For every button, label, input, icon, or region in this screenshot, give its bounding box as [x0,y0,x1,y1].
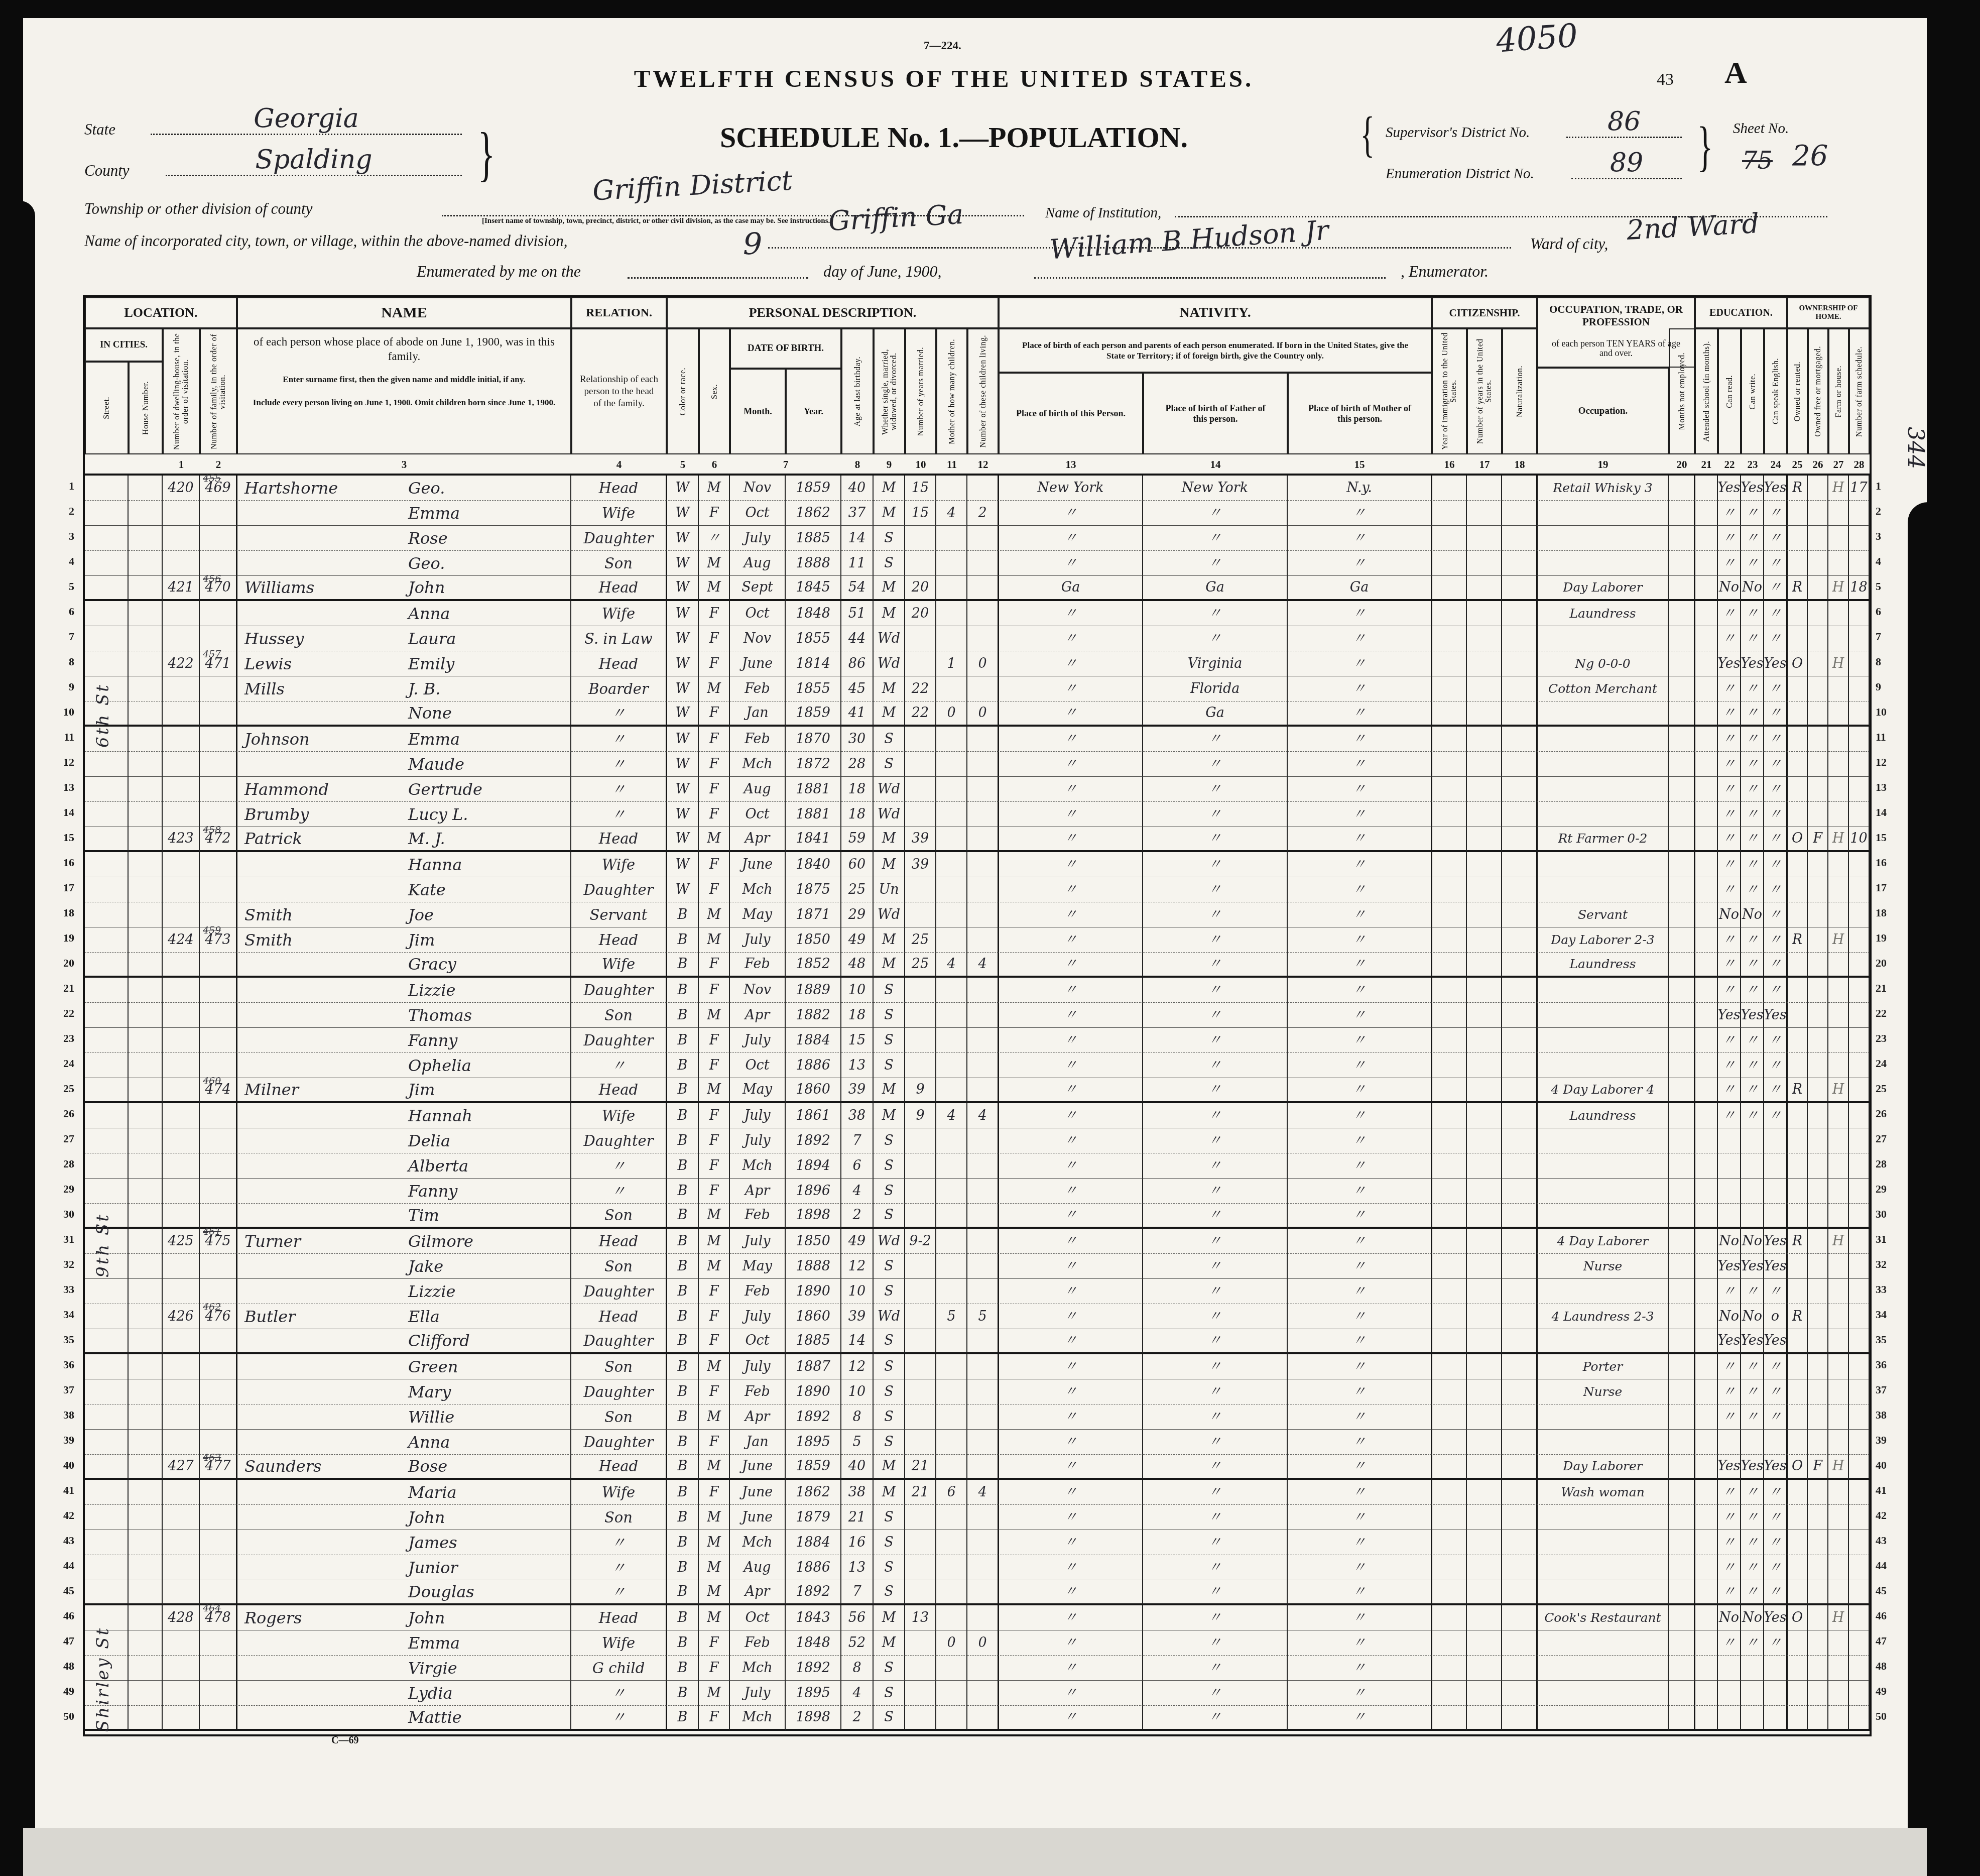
cell-farm-schedule [1849,1455,1870,1480]
cell-birth-month: June [730,1455,786,1480]
cell-street [85,1304,129,1329]
cell-dwelling-number [163,877,200,902]
cell-attended-school [1694,927,1718,953]
cell-marital-status: M [874,676,905,701]
cell-birth-month: July [730,1354,786,1379]
cell-color: B [666,1630,699,1656]
cell-mother-of-children [936,601,967,626]
cell-can-read: 〃 [1718,1078,1741,1103]
cell-house-number [129,526,163,551]
cell-birth-year: 1861 [786,1103,841,1128]
cell-owned-rented [1786,877,1808,902]
cell-house-number [129,1078,163,1103]
cell-years-in-us [1467,551,1502,576]
cell-children-living [967,902,999,927]
cell-farm-or-house [1828,1329,1849,1354]
table-row: Lydia〃BMJuly18954S〃〃〃 [85,1681,1870,1706]
cell-color: B [666,978,699,1003]
cell-children-living [967,1003,999,1028]
cell-family-number: 461475 [200,1229,237,1254]
row-number-left: 16 [52,856,74,869]
cell-can-write: 〃 [1741,1404,1764,1430]
cell-birth-year: 1888 [786,1254,841,1279]
cell-farm-schedule [1849,1153,1870,1179]
cell-house-number [129,1379,163,1404]
cell-birthplace: 〃 [998,1379,1143,1404]
cell-color: W [666,877,699,902]
cell-naturalization [1502,1179,1537,1204]
cell-name: Gracy [236,953,571,978]
cell-can-read: 〃 [1718,1555,1741,1580]
row-number-right: 48 [1876,1660,1906,1673]
table-row: 420455469HartshorneGeo.HeadWMNov185940M1… [85,476,1870,501]
cell-farm-schedule [1849,1656,1870,1681]
cell-color: B [666,1204,699,1229]
cell-birthplace: 〃 [998,1530,1143,1555]
cell-attended-school [1694,576,1718,601]
cell-months-not-employed [1669,1404,1695,1430]
cell-relation: Son [571,1354,667,1379]
header-col28: Number of farm schedule. [1849,328,1870,454]
cell-occupation: Rt Farmer 0-2 [1536,827,1669,852]
cell-birth-month: Jan [730,701,786,727]
cell-marital-status: M [874,1078,905,1103]
cell-can-write [1741,1204,1764,1229]
cell-birth-year: 1860 [786,1078,841,1103]
cell-naturalization [1502,526,1537,551]
cell-can-speak-english [1764,1430,1787,1455]
cell-birth-month: Feb [730,676,786,701]
cell-father-birthplace: 〃 [1143,877,1288,902]
cell-naturalization [1502,1254,1537,1279]
header-name-sub: of each person whose place of abode on J… [237,328,571,454]
cell-naturalization [1502,1103,1537,1128]
cell-name: Virgie [236,1656,571,1681]
cell-birthplace: 〃 [998,1304,1143,1329]
cell-age: 38 [841,1480,874,1505]
cell-farm-schedule [1849,651,1870,676]
cell-attended-school [1694,1656,1718,1681]
cell-owned-rented [1786,902,1808,927]
cell-attended-school [1694,1103,1718,1128]
cell-color: B [666,1430,699,1455]
cell-mother-of-children: 0 [936,701,967,727]
cell-age: 49 [841,1229,874,1254]
cell-dwelling-number [163,526,200,551]
table-row: ThomasSonBMApr188218S〃〃〃YesYesYes [85,1003,1870,1028]
supervisors-district-value: 86 [1607,106,1641,137]
cell-age: 13 [841,1555,874,1580]
cell-name: Anna [236,601,571,626]
cell-birth-year: 1855 [786,626,841,651]
cell-years-married [905,877,936,902]
cell-owned-free-mortgaged [1808,1430,1828,1455]
cell-children-living: 0 [967,651,999,676]
cell-relation: Son [571,1003,667,1028]
sheet-label: Sheet No. [1733,121,1789,137]
cell-house-number [129,877,163,902]
cell-father-birthplace: 〃 [1143,1530,1288,1555]
cell-farm-schedule [1849,1681,1870,1706]
cell-owned-rented [1786,501,1808,526]
cell-immigration-year [1431,1204,1467,1229]
cell-years-in-us [1467,1530,1502,1555]
table-row: AnnaDaughterBFJan18955S〃〃〃 [85,1430,1870,1455]
cell-can-write: 〃 [1741,1379,1764,1404]
cell-relation: 〃 [571,1555,667,1580]
cell-birthplace: 〃 [998,1580,1143,1605]
cell-can-read: 〃 [1718,1505,1741,1530]
cell-farm-or-house [1828,1204,1849,1229]
cell-owned-free-mortgaged [1808,727,1828,752]
cell-relation: 〃 [571,1681,667,1706]
cell-sex: F [699,1656,730,1681]
cell-family-number [200,978,237,1003]
cell-can-speak-english: 〃 [1764,1580,1787,1605]
cell-can-speak-english: 〃 [1764,1630,1787,1656]
cell-owned-free-mortgaged [1808,852,1828,877]
cell-attended-school [1694,701,1718,727]
cell-attended-school [1694,1153,1718,1179]
column-number: 2 [216,458,221,471]
cell-mother-of-children [936,1128,967,1153]
cell-father-birthplace: 〃 [1143,1430,1288,1455]
cell-mother-of-children [936,1354,967,1379]
cell-mother-birthplace: 〃 [1288,1430,1432,1455]
cell-birth-year: 1859 [786,701,841,727]
cell-immigration-year [1431,1128,1467,1153]
cell-owned-rented [1786,1179,1808,1204]
cell-children-living [967,676,999,701]
cell-marital-status: S [874,1681,905,1706]
cell-family-number [200,1681,237,1706]
cell-mother-of-children: 4 [936,1103,967,1128]
cell-owned-rented [1786,1706,1808,1731]
cell-farm-or-house [1828,1003,1849,1028]
cell-immigration-year [1431,727,1467,752]
cell-birthplace: 〃 [998,1480,1143,1505]
cell-naturalization [1502,1605,1537,1630]
cell-years-in-us [1467,601,1502,626]
cell-attended-school [1694,1179,1718,1204]
cell-family-number: 458472 [200,827,237,852]
cell-months-not-employed [1669,877,1695,902]
cell-house-number [129,1580,163,1605]
margin-note: 344 [1903,427,1928,469]
cell-color: B [666,1530,699,1555]
table-row: VirgieG childBFMch18928S〃〃〃 [85,1656,1870,1681]
row-number-right: 17 [1876,881,1906,894]
cell-birth-month: Feb [730,1630,786,1656]
cell-age: 48 [841,953,874,978]
sheet-number: 26 [1792,140,1828,172]
cell-sex: F [699,701,730,727]
cell-birth-year: 1886 [786,1555,841,1580]
page-number-printed: 43 [1657,70,1674,89]
column-number: 20 [1677,458,1687,471]
cell-house-number [129,1430,163,1455]
cell-can-write: 〃 [1741,526,1764,551]
cell-color: B [666,1103,699,1128]
cell-father-birthplace: 〃 [1143,551,1288,576]
cell-can-write: Yes [1741,1003,1764,1028]
cell-owned-rented [1786,1053,1808,1078]
enumerated-mid: day of June, 1900, [823,262,942,281]
cell-name: Emma [236,501,571,526]
cell-marital-status: S [874,1279,905,1304]
cell-age: 13 [841,1053,874,1078]
cell-can-read: 〃 [1718,877,1741,902]
cell-can-write [1741,1128,1764,1153]
cell-father-birthplace: 〃 [1143,1304,1288,1329]
cell-house-number [129,852,163,877]
cell-children-living [967,1204,999,1229]
cell-sex: F [699,626,730,651]
cell-birth-year: 1887 [786,1354,841,1379]
table-row: 460474MilnerJimHeadBMMay186039M9〃〃〃4 Day… [85,1078,1870,1103]
cell-months-not-employed [1669,1379,1695,1404]
cell-years-in-us [1467,1003,1502,1028]
cell-owned-free-mortgaged [1808,1706,1828,1731]
cell-birth-month: Mch [730,1706,786,1731]
cell-street [85,1053,129,1078]
cell-birth-month: July [730,927,786,953]
cell-occupation [1536,526,1669,551]
cell-dwelling-number: 424 [163,927,200,953]
cell-birth-year: 1841 [786,827,841,852]
table-row: James〃BMMch188416S〃〃〃〃〃〃 [85,1530,1870,1555]
cell-color: B [666,953,699,978]
cell-birthplace: 〃 [998,978,1143,1003]
cell-name: John [236,1505,571,1530]
district-brace-left: { [1360,105,1375,163]
cell-naturalization [1502,1053,1537,1078]
cell-house-number [129,1455,163,1480]
row-number-left: 4 [52,555,74,568]
cell-farm-schedule [1849,601,1870,626]
cell-can-write: 〃 [1741,1103,1764,1128]
supervisors-district-label: Supervisor's District No. [1386,125,1530,141]
row-number-right: 28 [1876,1157,1906,1170]
cell-children-living [967,752,999,777]
cell-relation: Son [571,551,667,576]
cell-house-number [129,902,163,927]
row-number-left: 13 [52,781,74,794]
cell-mother-birthplace: 〃 [1288,752,1432,777]
header-house-number: House Number. [129,362,163,454]
cell-relation: Head [571,1605,667,1630]
cell-can-read: Yes [1718,1254,1741,1279]
cell-mother-birthplace: 〃 [1288,676,1432,701]
cell-relation: Son [571,1404,667,1430]
cell-can-speak-english: 〃 [1764,1028,1787,1053]
cell-immigration-year [1431,1555,1467,1580]
cell-naturalization [1502,626,1537,651]
column-number: 24 [1771,458,1781,471]
cell-attended-school [1694,1329,1718,1354]
cell-house-number [129,1630,163,1656]
row-number-left: 2 [52,505,74,518]
row-number-right: 40 [1876,1459,1906,1472]
cell-occupation [1536,1580,1669,1605]
dwelling-col-label: Number of dwelling-house, in the order o… [173,331,190,452]
cell-house-number [129,1304,163,1329]
cell-mother-birthplace: 〃 [1288,852,1432,877]
cell-color: B [666,1078,699,1103]
cell-mother-birthplace: 〃 [1288,877,1432,902]
header-name: NAME [237,297,571,328]
cell-family-number [200,526,237,551]
cell-color: W [666,676,699,701]
cell-years-married [905,551,936,576]
cell-owned-rented [1786,1204,1808,1229]
cell-owned-free-mortgaged [1808,1354,1828,1379]
cell-years-in-us [1467,1379,1502,1404]
cell-farm-schedule [1849,1179,1870,1204]
cell-name: HartshorneGeo. [236,476,571,501]
cell-can-speak-english: 〃 [1764,752,1787,777]
cell-sex: F [699,1329,730,1354]
cell-street [85,877,129,902]
cell-months-not-employed [1669,1179,1695,1204]
family-col-label: Number of family, in the order of visita… [210,331,227,452]
cell-dwelling-number [163,1379,200,1404]
cell-naturalization [1502,651,1537,676]
cell-mother-of-children [936,1279,967,1304]
cell-mother-birthplace: 〃 [1288,727,1432,752]
cell-months-not-employed [1669,1103,1695,1128]
cell-relation: Wife [571,1480,667,1505]
cell-months-not-employed [1669,1153,1695,1179]
cell-can-speak-english: 〃 [1764,1053,1787,1078]
page-title: TWELFTH CENSUS OF THE UNITED STATES. [0,64,1888,93]
row-number-left: 47 [52,1634,74,1648]
cell-birthplace: 〃 [998,651,1143,676]
cell-attended-school [1694,551,1718,576]
cell-owned-rented: R [1786,1229,1808,1254]
column-number: 19 [1598,458,1608,471]
cell-father-birthplace: 〃 [1143,727,1288,752]
cell-family-number [200,676,237,701]
cell-occupation [1536,626,1669,651]
row-number-left: 9 [52,680,74,693]
cell-children-living [967,1053,999,1078]
cell-birth-year: 1892 [786,1128,841,1153]
header-col14: Place of birth of Father of this person. [1143,373,1288,454]
cell-children-living [967,576,999,601]
cell-naturalization [1502,501,1537,526]
cell-sex: M [699,1229,730,1254]
cell-years-married: 9-2 [905,1229,936,1254]
cell-age: 14 [841,526,874,551]
cell-children-living [967,1580,999,1605]
cell-name: HammondGertrude [236,777,571,802]
cell-mother-of-children [936,1555,967,1580]
row-number-right: 21 [1876,982,1906,995]
cell-name: Fanny [236,1179,571,1204]
row-number-right: 27 [1876,1132,1906,1145]
cell-name: Lizzie [236,978,571,1003]
cell-years-married [905,1354,936,1379]
row-number-right: 1 [1876,480,1906,493]
cell-mother-birthplace: 〃 [1288,1229,1432,1254]
row-number-right: 35 [1876,1333,1906,1346]
children-living-col-label: Number of these children living. [979,335,987,447]
cell-sex: F [699,978,730,1003]
cell-name: Maria [236,1480,571,1505]
cell-family-number [200,501,237,526]
cell-farm-schedule [1849,1028,1870,1053]
cell-mother-of-children: 4 [936,501,967,526]
table-row: None〃WFJan185941M2200〃Ga〃〃〃〃 [85,701,1870,727]
cell-name: SmithJim [236,927,571,953]
cell-years-married: 39 [905,827,936,852]
cell-dwelling-number [163,1128,200,1153]
cell-naturalization [1502,1329,1537,1354]
cell-years-married [905,1555,936,1580]
cell-birth-year: 1896 [786,1179,841,1204]
cell-farm-or-house [1828,701,1849,727]
row-number-left: 20 [52,957,74,970]
cell-color: W [666,501,699,526]
cell-months-not-employed [1669,1455,1695,1480]
table-row: MariaWifeBFJune186238M2164〃〃〃Wash woman〃… [85,1480,1870,1505]
cell-color: B [666,1153,699,1179]
cell-can-read: 〃 [1718,1530,1741,1555]
cell-occupation: Wash woman [1536,1480,1669,1505]
cell-can-speak-english: 〃 [1764,1480,1787,1505]
cell-can-write [1741,1179,1764,1204]
cell-street [85,902,129,927]
cell-farm-schedule [1849,802,1870,827]
cell-attended-school [1694,1404,1718,1430]
cell-age: 52 [841,1630,874,1656]
cell-years-in-us [1467,626,1502,651]
cell-occupation: Day Laborer 2-3 [1536,927,1669,953]
cell-dwelling-number [163,1028,200,1053]
cell-house-number [129,1103,163,1128]
cell-farm-or-house [1828,1430,1849,1455]
header-street: Street. [85,362,129,454]
cell-can-write: No [1741,902,1764,927]
cell-sex: F [699,1480,730,1505]
cell-birthplace: 〃 [998,1656,1143,1681]
cell-street [85,1103,129,1128]
cell-attended-school [1694,601,1718,626]
cell-owned-free-mortgaged [1808,1530,1828,1555]
cell-house-number [129,1028,163,1053]
row-number-left: 45 [52,1584,74,1597]
cell-farm-schedule [1849,1053,1870,1078]
cell-owned-free-mortgaged [1808,576,1828,601]
cell-immigration-year [1431,777,1467,802]
cell-marital-status: S [874,1580,905,1605]
cell-farm-or-house [1828,953,1849,978]
cell-children-living [967,1430,999,1455]
row-number-right: 16 [1876,856,1906,869]
cell-street [85,1379,129,1404]
row-number-right: 37 [1876,1383,1906,1396]
column-number: 6 [712,458,717,471]
cell-marital-status: M [874,501,905,526]
cell-naturalization [1502,601,1537,626]
cell-age: 7 [841,1580,874,1605]
cell-color: B [666,927,699,953]
cell-birth-year: 1881 [786,802,841,827]
header-col16: Year of immigration to the United States… [1432,328,1467,454]
cell-dwelling-number [163,601,200,626]
cell-name: HusseyLaura [236,626,571,651]
